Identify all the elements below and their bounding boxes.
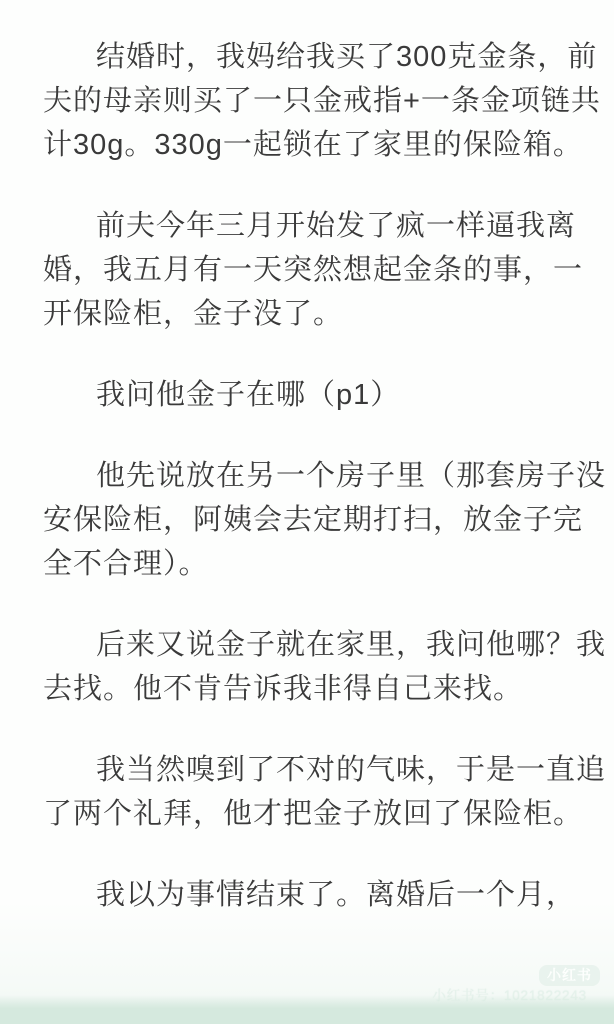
text-line: 婚，我五月有一天突然想起金条的事，一 [43,248,578,292]
paragraph: 我问他金子在哪（p1） [43,373,578,417]
text-line: 结婚时，我妈给我买了300克金条，前 [43,35,578,79]
paragraph: 后来又说金子就在家里，我问他哪？我 去找。他不肯告诉我非得自己来找。 [43,623,578,711]
paragraph: 结婚时，我妈给我买了300克金条，前 夫的母亲则买了一只金戒指+一条金项链共 计… [43,35,578,167]
text-line: 开保险柜，金子没了。 [43,292,578,336]
text-line: 安保险柜，阿姨会去定期打扫，放金子完 [43,498,578,542]
text-line: 我以为事情结束了。离婚后一个月， [43,873,578,917]
text-line: 全不合理）。 [43,542,578,586]
post-text: 结婚时，我妈给我买了300克金条，前 夫的母亲则买了一只金戒指+一条金项链共 计… [43,35,578,917]
text-line: 后来又说金子就在家里，我问他哪？我 [43,623,578,667]
xiaohongshu-logo-badge: 小红书 [539,965,600,986]
text-line: 我问他金子在哪（p1） [43,373,578,417]
text-line: 夫的母亲则买了一只金戒指+一条金项链共 [43,79,578,123]
text-line: 了两个礼拜，他才把金子放回了保险柜。 [43,792,578,836]
screenshot-root: { "colors": { "background": "#fdfefd", "… [0,0,614,1024]
bottom-green-band [0,995,614,1024]
text-line: 前夫今年三月开始发了疯一样逼我离 [43,204,578,248]
text-line: 他先说放在另一个房子里（那套房子没 [43,454,578,498]
text-line: 去找。他不肯告诉我非得自己来找。 [43,667,578,711]
text-line: 我当然嗅到了不对的气味，于是一直追 [43,748,578,792]
paragraph: 他先说放在另一个房子里（那套房子没 安保险柜，阿姨会去定期打扫，放金子完 全不合… [43,454,578,586]
xiaohongshu-logo-label: 小红书 [547,967,592,983]
text-line: 计30g。330g一起锁在了家里的保险箱。 [43,123,578,167]
paragraph: 我当然嗅到了不对的气味，于是一直追 了两个礼拜，他才把金子放回了保险柜。 [43,748,578,836]
paragraph: 前夫今年三月开始发了疯一样逼我离 婚，我五月有一天突然想起金条的事，一 开保险柜… [43,204,578,336]
paragraph: 我以为事情结束了。离婚后一个月， [43,873,578,917]
